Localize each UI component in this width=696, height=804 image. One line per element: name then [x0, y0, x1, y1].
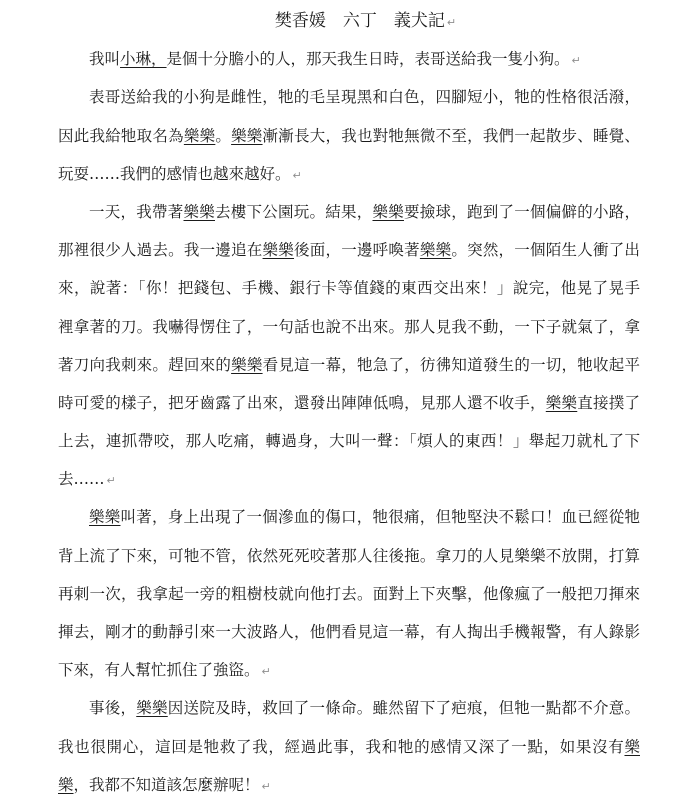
underlined-name-run: 樂樂 — [546, 394, 577, 412]
text-run: 下來，有人幫忙抓住了強盜。 — [58, 661, 260, 679]
underlined-name-run: 樂樂 — [89, 508, 121, 526]
text-line: 因此我給牠取名為樂樂。樂樂漸漸長大，我也對牠無微不至，我們一起散步、睡覺、 — [58, 117, 640, 155]
underlined-name-run: 樂樂 — [184, 127, 215, 145]
text-run: 上去，連抓帶咬，那人吃痛，轉過身，大叫一聲：「煩人的東西！」舉起刀就札了下 — [58, 432, 640, 450]
underlined-name-run: 小琳， — [120, 50, 167, 68]
text-run: 後面，一邊呼喚著 — [294, 241, 420, 259]
text-run: 因此我給牠取名為 — [58, 127, 184, 145]
text-run: 。 — [215, 127, 231, 145]
text-line: 再刺一次，我拿起一旁的粗樹枝就向他打去。面對上下夾擊，他像瘋了一般把刀揮來 — [58, 575, 640, 613]
text-line: 樂樂叫著，身上出現了一個滲血的傷口，牠很痛，但牠堅決不鬆口！血已經從牠 — [58, 498, 640, 536]
text-line: 樂，我都不知道該怎麼辦呢！↵ — [58, 766, 640, 804]
text-line: 著刀向我刺來。趕回來的樂樂看見這一幕，牠急了，彷彿知道發生的一切，牠收起平 — [58, 346, 640, 384]
underlined-name-run: 樂樂 — [231, 127, 262, 145]
text-run: 直接撲了 — [577, 394, 640, 412]
text-line: 下來，有人幫忙抓住了強盜。↵ — [58, 651, 640, 689]
underlined-name-run: 樂樂 — [420, 241, 451, 259]
text-run: 揮去，剛才的動靜引來一大波路人，他們看見這一幕，有人掏出手機報警，有人錄影 — [58, 623, 640, 641]
text-line: 裡拿著的刀。我嚇得愣住了，一句話也說不出來。那人見我不動，一下子就氣了，拿 — [58, 308, 640, 346]
text-run: 因送院及時，救回了一條命。雖然留下了疤痕，但牠一點都不介意。 — [168, 699, 640, 717]
text-run: 玩耍……我們的感情也越來越好。 — [58, 165, 291, 183]
text-line: 揮去，剛才的動靜引來一大波路人，他們看見這一幕，有人掏出手機報警，有人錄影 — [58, 613, 640, 651]
underlined-name-run: 樂樂 — [184, 203, 216, 221]
text-run: 去樓下公園玩。結果， — [215, 203, 372, 221]
paragraph-return-mark: ↵ — [572, 54, 581, 67]
document-body: 我叫小琳，是個十分膽小的人，那天我生日時，表哥送給我一隻小狗。↵表哥送給我的小狗… — [58, 40, 640, 804]
document-page: 樊香媛 六丁 義犬記↵ 我叫小琳，是個十分膽小的人，那天我生日時，表哥送給我一隻… — [0, 0, 696, 804]
title-text: 樊香媛 六丁 義犬記 — [275, 11, 445, 31]
text-line: 去……↵ — [58, 460, 640, 498]
text-run: 背上流了下來，可牠不管，依然死死咬著那人往後拖。拿刀的人見樂樂不放開，打算 — [58, 547, 640, 565]
underlined-name-run: 樂樂 — [231, 356, 262, 374]
text-run: 裡拿著的刀。我嚇得愣住了，一句話也說不出來。那人見我不動，一下子就氣了，拿 — [58, 318, 640, 336]
text-line: 我叫小琳，是個十分膽小的人，那天我生日時，表哥送給我一隻小狗。↵ — [58, 40, 640, 78]
paragraph-return-mark: ↵ — [262, 665, 271, 678]
text-run: 去…… — [58, 470, 105, 488]
text-run: 我也很開心，這回是牠救了我，經過此事，我和牠的感情又深了一點，如果沒有 — [58, 738, 624, 756]
text-run: 要撿球，跑到了一個偏僻的小路， — [404, 203, 640, 221]
text-line: 背上流了下來，可牠不管，依然死死咬著那人往後拖。拿刀的人見樂樂不放開，打算 — [58, 537, 640, 575]
text-run: 再刺一次，我拿起一旁的粗樹枝就向他打去。面對上下夾擊，他像瘋了一般把刀揮來 — [58, 585, 640, 603]
underlined-name-run: 樂樂 — [263, 241, 294, 259]
text-line: 一天，我帶著樂樂去樓下公園玩。結果，樂樂要撿球，跑到了一個偏僻的小路， — [58, 193, 640, 231]
text-line: 玩耍……我們的感情也越來越好。↵ — [58, 155, 640, 193]
underlined-name-run: 樂樂 — [372, 203, 404, 221]
paragraph-return-mark: ↵ — [293, 169, 302, 182]
text-run: 。突然，一個陌生人衝了出 — [451, 241, 640, 259]
text-run: 漸漸長大，我也對牠無微不至，我們一起散步、睡覺、 — [263, 127, 640, 145]
text-run: 一天，我帶著 — [89, 203, 184, 221]
underlined-name-run: 樂 — [624, 738, 640, 756]
text-run: 叫著，身上出現了一個滲血的傷口，牠很痛，但牠堅決不鬆口！血已經從牠 — [121, 508, 640, 526]
text-run: ，我都不知道該怎麼辦呢！ — [74, 776, 260, 794]
text-run: 時可愛的樣子，把牙齒露了出來，還發出陣陣低鳴，見那人還不收手， — [58, 394, 546, 412]
underlined-name-run: 樂 — [58, 776, 74, 794]
paragraph-return-mark: ↵ — [262, 780, 271, 793]
text-run: 表哥送給我的小狗是雌性，牠的毛呈現黑和白色，四腳短小，牠的性格很活潑， — [89, 88, 640, 106]
paragraph-return-mark: ↵ — [447, 16, 456, 29]
paragraph-return-mark: ↵ — [107, 474, 116, 487]
text-run: 那裡很少人過去。我一邊追在 — [58, 241, 263, 259]
text-line: 事後，樂樂因送院及時，救回了一條命。雖然留下了疤痕，但牠一點都不介意。 — [58, 689, 640, 727]
text-run: 是個十分膽小的人，那天我生日時，表哥送給我一隻小狗。 — [167, 50, 570, 68]
text-line: 上去，連抓帶咬，那人吃痛，轉過身，大叫一聲：「煩人的東西！」舉起刀就札了下 — [58, 422, 640, 460]
text-run: 我叫 — [89, 50, 120, 68]
underlined-name-run: 樂樂 — [136, 699, 168, 717]
text-line: 我也很開心，這回是牠救了我，經過此事，我和牠的感情又深了一點，如果沒有樂 — [58, 728, 640, 766]
text-line: 那裡很少人過去。我一邊追在樂樂後面，一邊呼喚著樂樂。突然，一個陌生人衝了出 — [58, 231, 640, 269]
text-run: 著刀向我刺來。趕回來的 — [58, 356, 231, 374]
text-line: 表哥送給我的小狗是雌性，牠的毛呈現黑和白色，四腳短小，牠的性格很活潑， — [58, 78, 640, 116]
document-title: 樊香媛 六丁 義犬記↵ — [58, 2, 640, 40]
text-run: 事後， — [89, 699, 136, 717]
text-line: 來，說著：「你！把錢包、手機、銀行卡等值錢的東西交出來！」說完，他晃了晃手 — [58, 269, 640, 307]
text-run: 來，說著：「你！把錢包、手機、銀行卡等值錢的東西交出來！」說完，他晃了晃手 — [58, 279, 640, 297]
text-run: 看見這一幕，牠急了，彷彿知道發生的一切，牠收起平 — [263, 356, 640, 374]
text-line: 時可愛的樣子，把牙齒露了出來，還發出陣陣低鳴，見那人還不收手，樂樂直接撲了 — [58, 384, 640, 422]
